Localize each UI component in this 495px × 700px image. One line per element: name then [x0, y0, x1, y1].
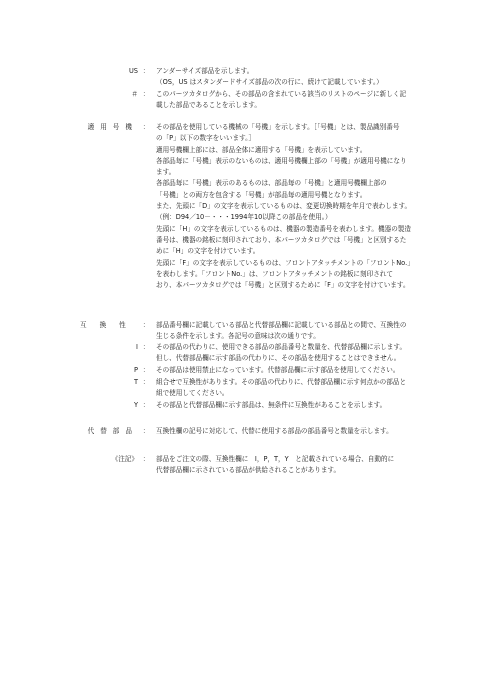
text-line: 先頭に「F」の文字を表示しているものは、フロントアタッチメントの「フロントNo.… — [156, 258, 414, 269]
section-substitute-text: 互換性欄の記号に対応して、代替に使用する部品の部品番号と数量を示します。 — [156, 426, 393, 437]
section-us-text: アンダーサイズ部品を示します。 （OS，US はスタンダードサイズ部品の次の行に… — [156, 66, 383, 89]
text-line: また、先頭に「D」の文字を表示しているものは、変更切換時期を年月で表わします。 — [156, 201, 414, 212]
label-us: US — [110, 66, 138, 77]
text-line: その部品は使用禁止になっています。代替部品欄に示す部品を使用してください。 — [156, 365, 399, 376]
label-sharp: ＃ — [110, 89, 138, 100]
code-label: T — [118, 377, 138, 388]
text-line: の「P」以下の数字をいいます。］ — [156, 133, 414, 144]
text-line: 「号機」との両方を包含する「号機」が部品毎の適用号機となります。 — [156, 190, 414, 201]
colon: ： — [142, 454, 150, 465]
text-line: 組で使用してください。 — [156, 388, 406, 399]
code-label: Y — [118, 400, 138, 411]
code-p-text: その部品は使用禁止になっています。代替部品欄に示す部品を使用してください。 — [156, 365, 399, 376]
text-line: その部品と代替部品欄に示す部品は、無条件に互換性があることを示します。 — [156, 400, 386, 411]
text-line: 各部品毎に「号機」表示のあるものは、部品毎の「号機」と適用号機欄上部の — [156, 178, 414, 189]
text-line: 部品をご注文の際、互換性欄に I，P，T，Y と記載されている場合、自動的に — [156, 454, 394, 465]
colon: ： — [142, 320, 150, 331]
label-interchangeability: 互換性 — [80, 320, 138, 331]
text-line: 先頭に「H」の文字を表示しているものは、機器の製造番号を表わします。機器の製造 — [156, 224, 414, 235]
code-label: P — [118, 365, 138, 376]
code-y-text: その部品と代替部品欄に示す部品は、無条件に互換性があることを示します。 — [156, 400, 386, 411]
colon: ： — [142, 66, 150, 77]
text-line: 載した部品であることを示します。 — [156, 100, 406, 111]
colon: ： — [142, 342, 150, 353]
section-sharp-text: このパーツカタログから、その部品の含まれている該当のリストのページに新しく記 載… — [156, 89, 406, 112]
text-line: 適用号機欄上部には、部品全体に適用する「号機」を表示しています。 — [156, 145, 414, 156]
text-line: めに「H」の文字を付けています。 — [156, 246, 414, 257]
text-line: を表わします。「フロントNo.」は、フロントアタッチメントの銘板に刻印されて — [156, 269, 414, 280]
text-line: アンダーサイズ部品を示します。 — [156, 66, 383, 77]
text-line: 組合せで互換性があります。その部品の代わりに、代替部品欄に示す何点かの部品と — [156, 377, 406, 388]
colon: ： — [142, 400, 150, 411]
code-t-text: 組合せで互換性があります。その部品の代わりに、代替部品欄に示す何点かの部品と 組… — [156, 377, 406, 400]
colon: ： — [142, 89, 150, 100]
label-applicable-machine: 適用号機 — [72, 122, 138, 133]
text-line: おり、本パーツカタログでは「号機」と区別するために「F」の文字を付けています。 — [156, 280, 414, 291]
text-line: （例：D94／10－・・・1994年10以降この部品を使用。） — [156, 212, 414, 223]
text-line: このパーツカタログから、その部品の含まれている該当のリストのページに新しく記 — [156, 89, 406, 100]
code-label: I — [118, 342, 138, 353]
text-line: 部品番号欄に記載している部品と代替部品欄に記載している部品との間で、互換性の — [156, 320, 406, 331]
section-interchange-text: 部品番号欄に記載している部品と代替部品欄に記載している部品との間で、互換性の 生… — [156, 320, 406, 343]
colon: ： — [142, 377, 150, 388]
label-note: 《注記》 — [96, 454, 138, 465]
code-i-text: その部品の代わりに、使用できる部品の部品番号と数量を、代替部品欄に示します。 但… — [156, 342, 406, 365]
text-line: （OS，US はスタンダードサイズ部品の次の行に、続けて記載しています。） — [156, 77, 383, 88]
text-line: 番号は、機器の銘板に刻印されており、本パーツカタログでは「号機」と区別するた — [156, 235, 414, 246]
colon: ： — [142, 365, 150, 376]
section-note-text: 部品をご注文の際、互換性欄に I，P，T，Y と記載されている場合、自動的に 代… — [156, 454, 394, 477]
label-substitute-part: 代替部品 — [72, 426, 138, 437]
text-line: 生じる条件を示します。各記号の意味は次の通りです。 — [156, 331, 406, 342]
text-line: ます。 — [156, 167, 414, 178]
text-line: その部品を使用している機械の「号機」を示します。［「号機」とは、製品識別番号 — [156, 122, 414, 133]
colon: ： — [142, 122, 150, 133]
colon: ： — [142, 426, 150, 437]
text-line: 互換性欄の記号に対応して、代替に使用する部品の部品番号と数量を示します。 — [156, 426, 393, 437]
text-line: 但し、代替部品欄に示す部品の代わりに、その部品を使用することはできません。 — [156, 353, 406, 364]
section-applicable-text: その部品を使用している機械の「号機」を示します。［「号機」とは、製品識別番号 の… — [156, 122, 414, 291]
text-line: 代替部品欄に示されている部品が供給されることがあります。 — [156, 465, 394, 476]
text-line: 各部品毎に「号機」表示のないものは、適用号機欄上部の「号機」が適用号機になり — [156, 156, 414, 167]
text-line: その部品の代わりに、使用できる部品の部品番号と数量を、代替部品欄に示します。 — [156, 342, 406, 353]
